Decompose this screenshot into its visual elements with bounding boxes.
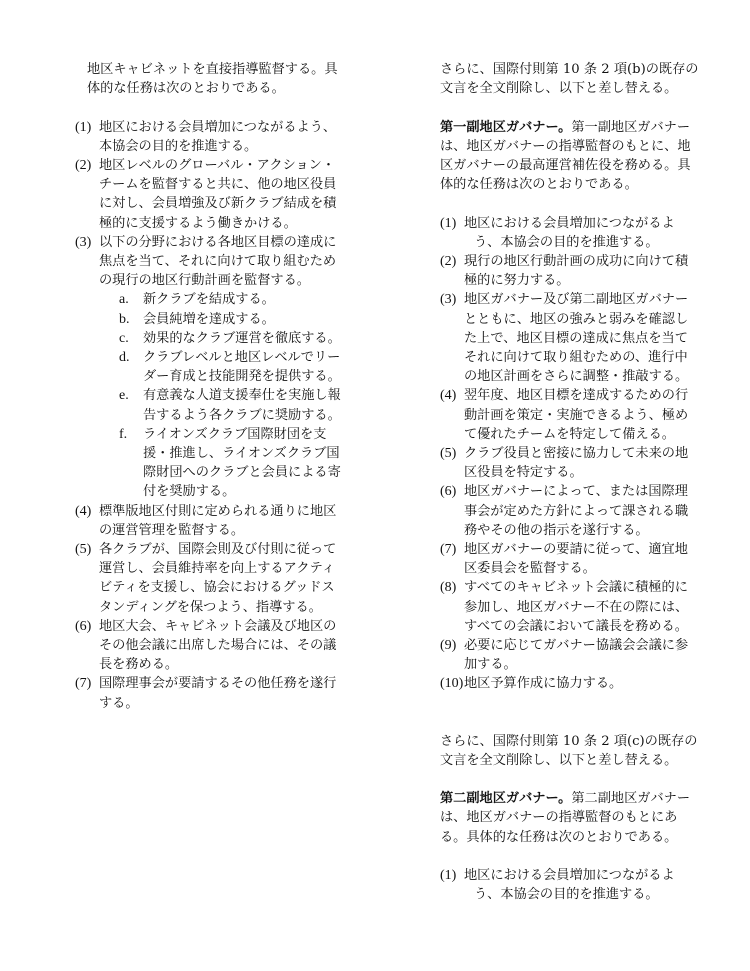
- item-number: (6): [75, 617, 99, 675]
- list-item: (8) すべてのキャビネット会議に積極的に 参加し、地区ガバナー不在の際には、 …: [440, 578, 730, 636]
- item-text: 標準版地区付則に定められる通りに地区 の運営管理を監督する。: [99, 502, 375, 540]
- item-text: 以下の分野における各地区目標の達成に 焦点を当て、それに向けて取り組むため の現…: [99, 233, 375, 291]
- item-text: 国際理事会が要請するその他任務を遂行 する。: [99, 674, 375, 712]
- second-vice-governor-section: 第二副地区ガバナー。第二副地区ガバナー は、地区ガバナーの指導監督のもとにあ る…: [440, 789, 730, 847]
- section-heading: 第一副地区ガバナー。: [440, 120, 571, 135]
- item-number: (4): [75, 502, 99, 540]
- list-item: (1) 地区における会員増加につながるよう、 本協会の目的を推進する。: [75, 118, 375, 156]
- list-item: (5) クラブ役員と密接に協力して未来の地 区役員を特定する。: [440, 444, 730, 482]
- item-number: (2): [75, 156, 99, 233]
- list-item: (1) 地区における会員増加につながるよ う、本協会の目的を推進する。: [440, 866, 730, 904]
- sub-item: a. 新クラブを結成する。: [75, 290, 375, 309]
- sub-item: d. クラブレベルと地区レベルでリー ダー育成と技能開発を提供する。: [75, 348, 375, 386]
- item-number: (5): [75, 540, 99, 617]
- item-number: (7): [75, 674, 99, 712]
- item-text: 地区レベルのグローバル・アクション・ チームを監督すると共に、他の地区役員 に対…: [99, 156, 375, 233]
- list-item: (3) 地区ガバナー及び第二副地区ガバナー とともに、地区の強みと弱みを確認し …: [440, 290, 730, 386]
- list-item: (4) 標準版地区付則に定められる通りに地区 の運営管理を監督する。: [75, 502, 375, 540]
- item-text: 各クラブが、国際会則及び付則に従って 運営し、会員維持率を向上するアクティ ビテ…: [99, 540, 375, 617]
- list-item: (10) 地区予算作成に協力する。: [440, 674, 730, 693]
- list-item: (3) 以下の分野における各地区目標の達成に 焦点を当て、それに向けて取り組むた…: [75, 233, 375, 291]
- sub-item: c. 効果的なクラブ運営を徹底する。: [75, 329, 375, 348]
- sub-item: b. 会員純増を達成する。: [75, 310, 375, 329]
- list-item: (2) 地区レベルのグローバル・アクション・ チームを監督すると共に、他の地区役…: [75, 156, 375, 233]
- item-number: (1): [75, 118, 99, 156]
- list-item: (7) 国際理事会が要請するその他任務を遂行 する。: [75, 674, 375, 712]
- list-item: (4) 翌年度、地区目標を達成するための行 動計画を策定・実施できるよう、極め …: [440, 386, 730, 444]
- list-item: (7) 地区ガバナーの要請に従って、適宜地 区委員会を監督する。: [440, 540, 730, 578]
- left-column: 地区キャビネットを直接指導監督する。具 体的な任務は次のとおりである。 (1) …: [75, 60, 375, 713]
- item-text: 地区における会員増加につながるよう、 本協会の目的を推進する。: [99, 118, 375, 156]
- right-column: さらに、国際付則第 10 条 2 項(b)の既存の 文言を全文削除し、以下と差し…: [440, 60, 730, 904]
- section-heading: 第二副地区ガバナー。: [440, 791, 571, 806]
- list-item: (9) 必要に応じてガバナー協議会会議に参 加する。: [440, 636, 730, 674]
- item-text: 地区大会、キャビネット会議及び地区の その他会議に出席した場合には、その議 長を…: [99, 617, 375, 675]
- list-item: (1) 地区における会員増加につながるよ う、本協会の目的を推進する。: [440, 214, 730, 252]
- list-item: (6) 地区ガバナーによって、または国際理 事会が定めた方針によって課される職 …: [440, 482, 730, 540]
- sub-item: e. 有意義な人道支援奉仕を実施し報 告するよう各クラブに奨励する。: [75, 386, 375, 424]
- amendment-b-paragraph: さらに、国際付則第 10 条 2 項(b)の既存の 文言を全文削除し、以下と差し…: [440, 60, 730, 98]
- intro-paragraph: 地区キャビネットを直接指導監督する。具 体的な任務は次のとおりである。: [75, 60, 375, 98]
- list-item: (6) 地区大会、キャビネット会議及び地区の その他会議に出席した場合には、その…: [75, 617, 375, 675]
- item-number: (3): [75, 233, 99, 291]
- first-vice-governor-section: 第一副地区ガバナー。第一副地区ガバナー は、地区ガバナーの指導監督のもとに、地 …: [440, 118, 730, 195]
- list-item: (2) 現行の地区行動計画の成功に向けて積 極的に努力する。: [440, 252, 730, 290]
- amendment-c-paragraph: さらに、国際付則第 10 条 2 項(c)の既存の 文言を全文削除し、以下と差し…: [440, 732, 730, 770]
- list-item: (5) 各クラブが、国際会則及び付則に従って 運営し、会員維持率を向上するアクテ…: [75, 540, 375, 617]
- sub-item: f. ライオンズクラブ国際財団を支 援・推進し、ライオンズクラブ国 際財団へのク…: [75, 425, 375, 502]
